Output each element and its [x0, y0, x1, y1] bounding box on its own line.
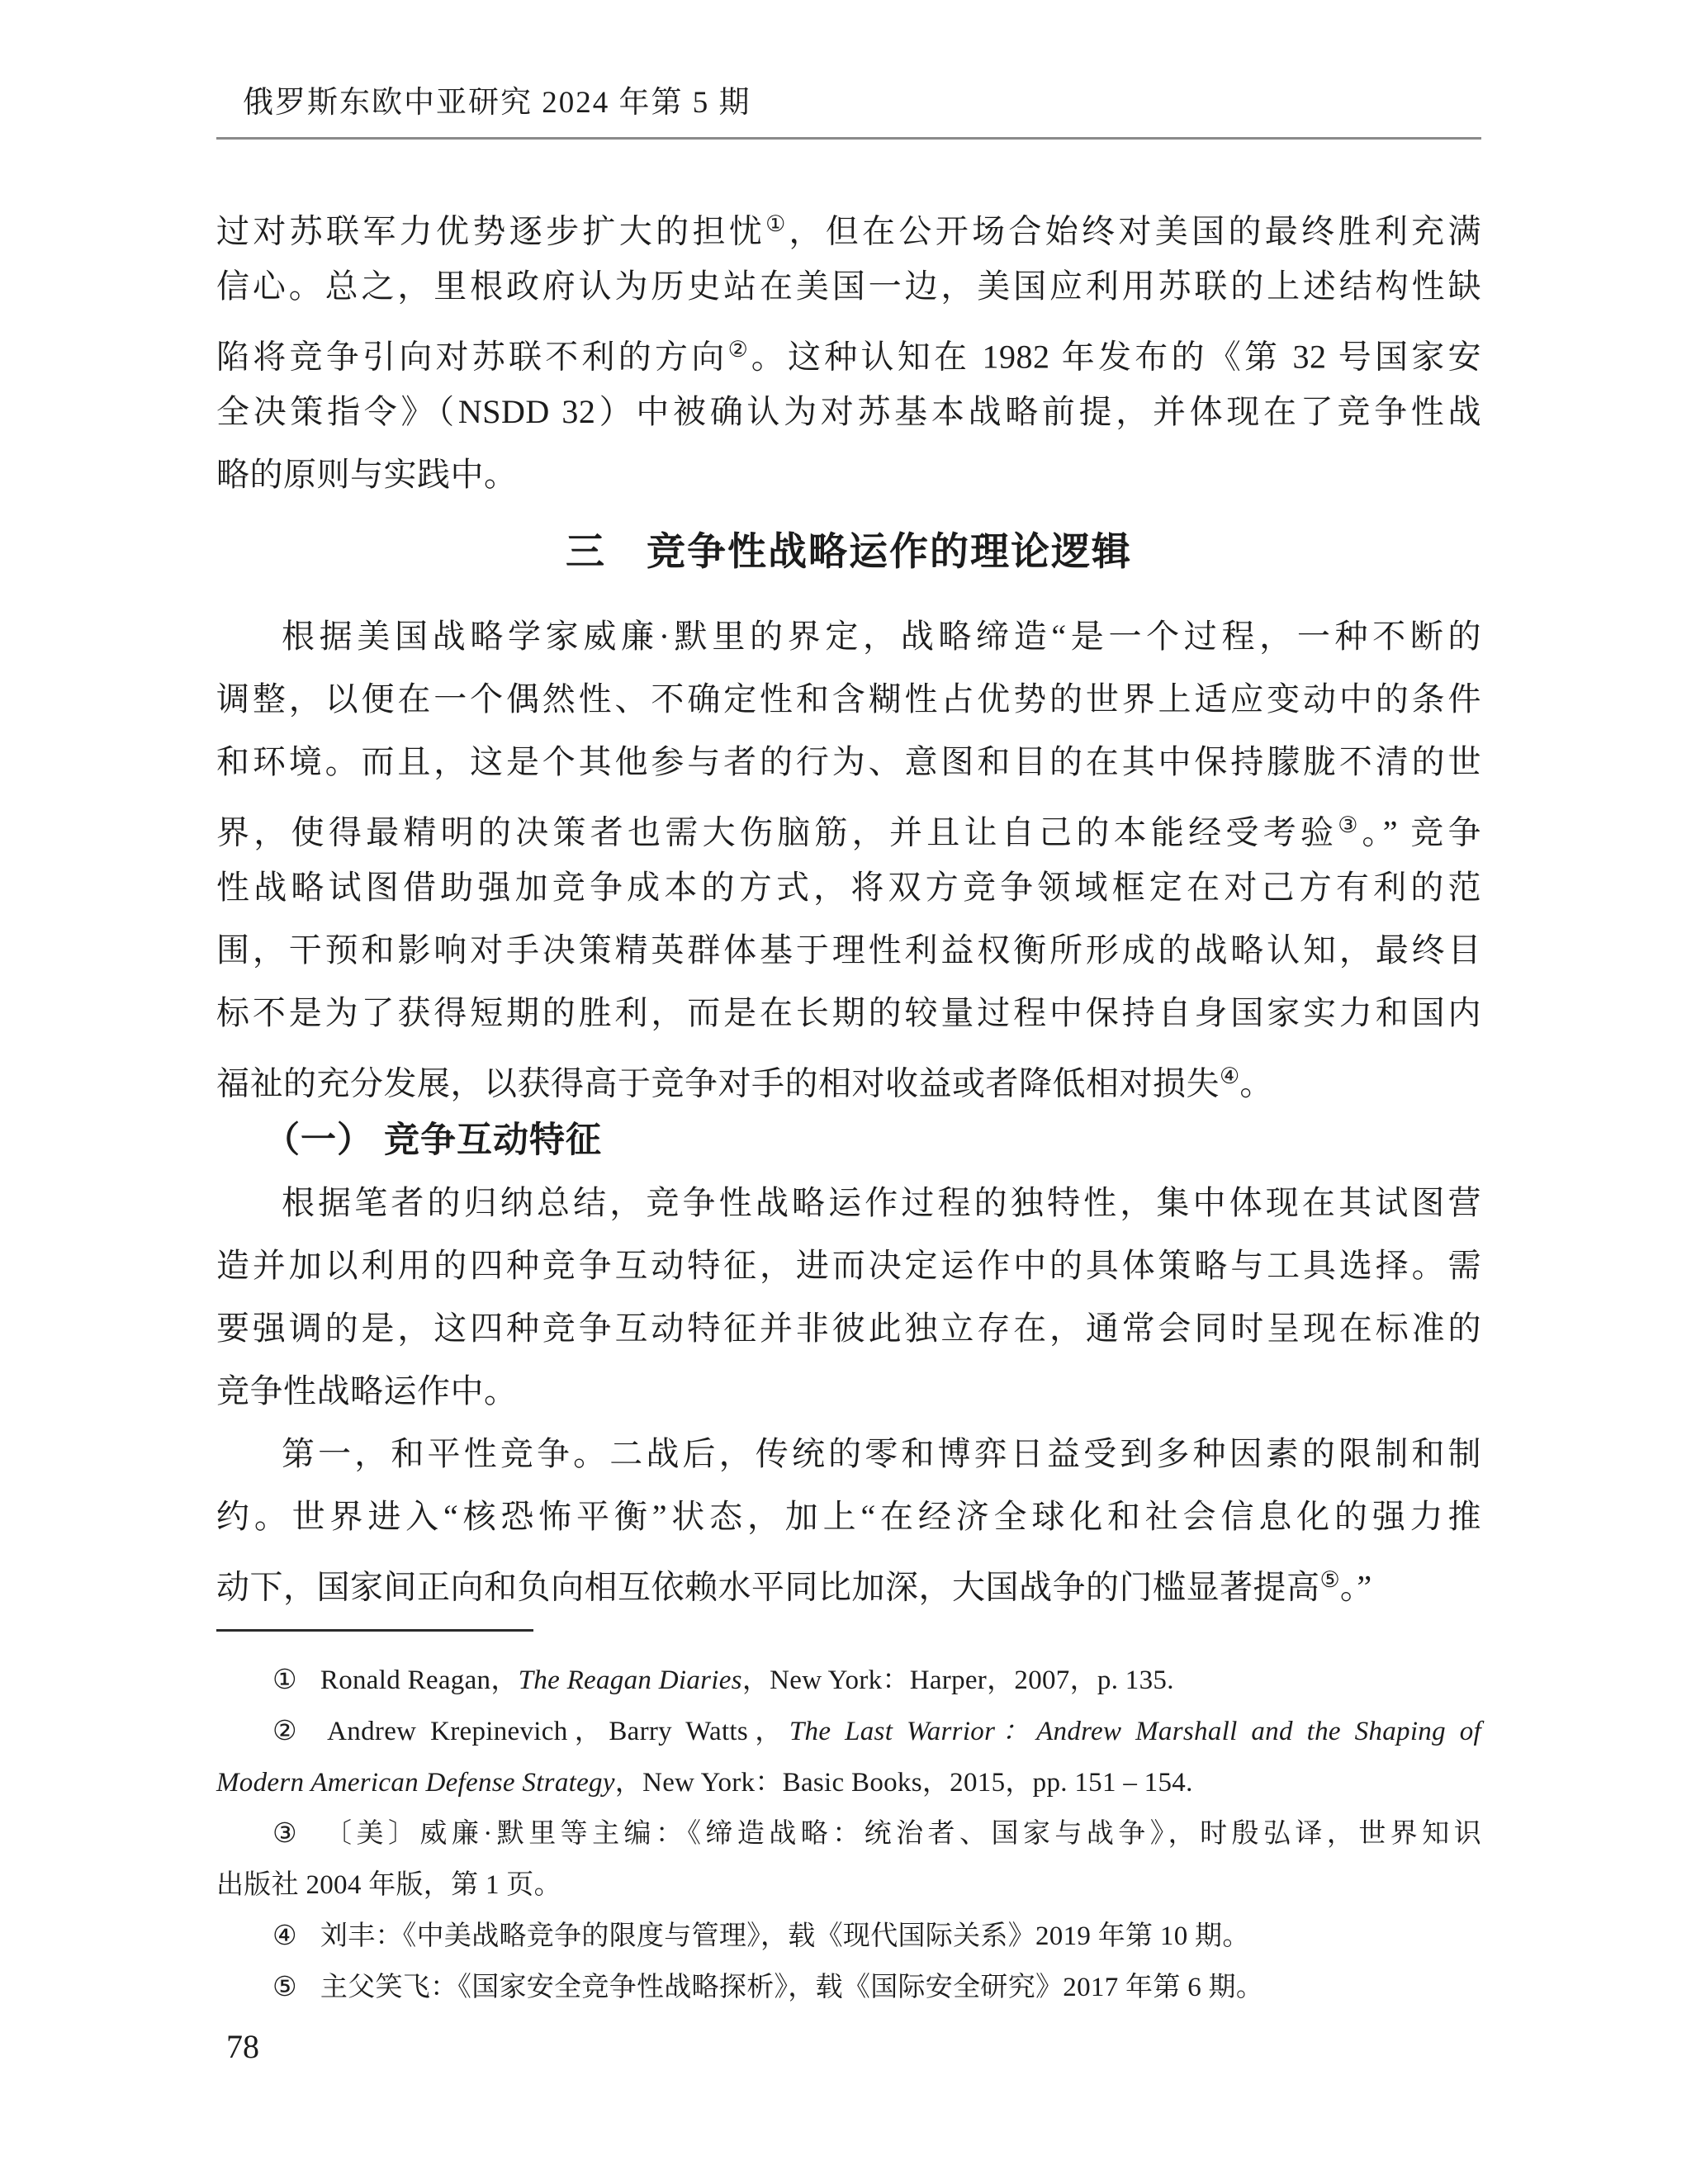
footnote-line: ①Ronald Reagan，The Reagan Diaries，New Yo… [216, 1655, 1481, 1706]
text-line: 竞争性战略运作中。 [216, 1360, 1481, 1423]
paragraph: 根据笔者的归纳总结，竞争性战略运作过程的独特性，集中体现在其试图营造并加以利用的… [216, 1172, 1481, 1423]
footnote-line: ⑤主父笑飞：《国家安全竞争性战略探析》，载《国际安全研究》2017 年第 6 期… [216, 1962, 1481, 2013]
paragraph: 第一，和平性竞争。二战后，传统的零和博弈日益受到多种因素的限制和制约。世界进入“… [216, 1423, 1481, 1611]
footnote-item: ④刘丰：《中美战略竞争的限度与管理》，载《现代国际关系》2019 年第 10 期… [216, 1911, 1481, 1962]
text-line: 第一，和平性竞争。二战后，传统的零和博弈日益受到多种因素的限制和制 [216, 1423, 1481, 1485]
page-header: 俄罗斯东欧中亚研究 2024 年第 5 期 [216, 84, 1481, 122]
footnote-text: 刘丰：《中美战略竞争的限度与管理》，载《现代国际关系》2019 年第 10 期。 [320, 1921, 1250, 1951]
footnote-text: 主父笑飞：《国家安全竞争性战略探析》，载《国际安全研究》2017 年第 6 期。 [320, 1973, 1263, 2002]
text-line: 要强调的是，这四种竞争互动特征并非彼此独立存在，通常会同时呈现在标准的 [216, 1297, 1481, 1360]
footnote-line: Modern American Defense Strategy，New Yor… [216, 1757, 1481, 1808]
footnote-text: Andrew Krepinevich，Barry Watts， [327, 1717, 789, 1746]
footnote-item: ①Ronald Reagan，The Reagan Diaries，New Yo… [216, 1655, 1481, 1706]
subsection-heading: （一） 竞争互动特征 [216, 1117, 1481, 1163]
paragraph: 根据美国战略学家威廉·默里的界定，战略缔造“是一个过程，一种不断的调整，以便在一… [216, 605, 1481, 1107]
text-line: 性战略试图借助强加竞争成本的方式，将双方竞争领域框定在对己方有利的范 [216, 856, 1481, 919]
footnote-marker: ① [272, 1665, 297, 1695]
footnote-title-italic: The Reagan Diaries [519, 1665, 742, 1695]
paragraph: 过对苏联军力优势逐步扩大的担忧①，但在公开场合始终对美国的最终胜利充满信心。总之… [216, 192, 1481, 506]
footnote-text: 出版社 2004 年版，第 1 页。 [216, 1870, 561, 1900]
text-line: 围，干预和影响对手决策精英群体基于理性利益权衡所形成的战略认知，最终目 [216, 919, 1481, 982]
footnote-text: Ronald Reagan， [320, 1665, 519, 1695]
footnote-text: ，New York：Harper，2007，p. 135. [742, 1665, 1174, 1695]
footnote-item: ②Andrew Krepinevich，Barry Watts，The Last… [216, 1706, 1481, 1808]
footnote-line: ④刘丰：《中美战略竞争的限度与管理》，载《现代国际关系》2019 年第 10 期… [216, 1911, 1481, 1962]
footnote-ref: ② [728, 337, 751, 362]
text-line: 和环境。而且，这是个其他参与者的行为、意图和目的在其中保持朦胧不清的世 [216, 731, 1481, 794]
footnote-marker: ③ [272, 1819, 301, 1849]
footnote-line: ②Andrew Krepinevich，Barry Watts，The Last… [216, 1706, 1481, 1757]
footnote-item: ③〔美〕威廉·默里等主编：《缔造战略：统治者、国家与战争》，时殷弘译，世界知识出… [216, 1808, 1481, 1911]
footnote-title-italic: The Last Warrior：Andrew Marshall and the… [789, 1717, 1481, 1746]
text-line: 标不是为了获得短期的胜利，而是在长期的较量过程中保持自身国家实力和国内 [216, 982, 1481, 1045]
text-line: 全决策指令》（NSDD 32）中被确认为对苏基本战略前提，并体现在了竞争性战 [216, 381, 1481, 443]
text-line: 根据笔者的归纳总结，竞争性战略运作过程的独特性，集中体现在其试图营 [216, 1172, 1481, 1234]
footnote-line: 出版社 2004 年版，第 1 页。 [216, 1859, 1481, 1911]
footnote-ref: ③ [1338, 812, 1362, 837]
section-heading: 三 竞争性战略运作的理论逻辑 [216, 526, 1481, 577]
text-line: 根据美国战略学家威廉·默里的界定，战略缔造“是一个过程，一种不断的 [216, 605, 1481, 668]
footnote-separator [216, 1629, 533, 1632]
footnote-ref: ⑤ [1320, 1567, 1340, 1592]
text-line: 陷将竞争引向对苏联不利的方向②。这种认知在 1982 年发布的《第 32 号国家… [216, 318, 1481, 381]
footnote-ref: ④ [1220, 1064, 1239, 1088]
footnote-ref: ① [765, 211, 789, 236]
text-line: 动下，国家间正向和负向相互依赖水平同比加深，大国战争的门槛显著提高⑤。” [216, 1548, 1481, 1611]
header-rule [216, 137, 1481, 140]
footnote-line: ③〔美〕威廉·默里等主编：《缔造战略：统治者、国家与战争》，时殷弘译，世界知识 [216, 1808, 1481, 1859]
text-line: 略的原则与实践中。 [216, 443, 1481, 506]
footnote-marker: ④ [272, 1921, 297, 1951]
footnotes: ①Ronald Reagan，The Reagan Diaries，New Yo… [216, 1655, 1481, 2013]
footnote-marker: ② [272, 1717, 304, 1746]
footnote-marker: ⑤ [272, 1973, 297, 2002]
text-line: 福祉的充分发展，以获得高于竞争对手的相对收益或者降低相对损失④。 [216, 1045, 1481, 1107]
text-line: 信心。总之，里根政府认为历史站在美国一边，美国应利用苏联的上述结构性缺 [216, 255, 1481, 318]
page-number: 78 [216, 2026, 1481, 2068]
footnote-title-italic: Modern American Defense Strategy [216, 1768, 615, 1798]
text-line: 调整，以便在一个偶然性、不确定性和含糊性占优势的世界上适应变动中的条件 [216, 668, 1481, 731]
footnote-text: 〔美〕威廉·默里等主编：《缔造战略：统治者、国家与战争》，时殷弘译，世界知识 [325, 1819, 1481, 1849]
text-line: 界，使得最精明的决策者也需大伤脑筋，并且让自己的本能经受考验③。” 竞争 [216, 794, 1481, 856]
footnote-text: ，New York：Basic Books，2015，pp. 151 – 154… [615, 1768, 1193, 1798]
journal-page: 俄罗斯东欧中亚研究 2024 年第 5 期 过对苏联军力优势逐步扩大的担忧①，但… [0, 0, 1696, 2184]
journal-title-line: 俄罗斯东欧中亚研究 2024 年第 5 期 [243, 86, 751, 120]
text-line: 造并加以利用的四种竞争互动特征，进而决定运作中的具体策略与工具选择。需 [216, 1234, 1481, 1297]
content: 过对苏联军力优势逐步扩大的担忧①，但在公开场合始终对美国的最终胜利充满信心。总之… [216, 192, 1481, 1611]
text-line: 过对苏联军力优势逐步扩大的担忧①，但在公开场合始终对美国的最终胜利充满 [216, 192, 1481, 255]
text-line: 约。世界进入“核恐怖平衡”状态，加上“在经济全球化和社会信息化的强力推 [216, 1485, 1481, 1548]
footnote-item: ⑤主父笑飞：《国家安全竞争性战略探析》，载《国际安全研究》2017 年第 6 期… [216, 1962, 1481, 2013]
